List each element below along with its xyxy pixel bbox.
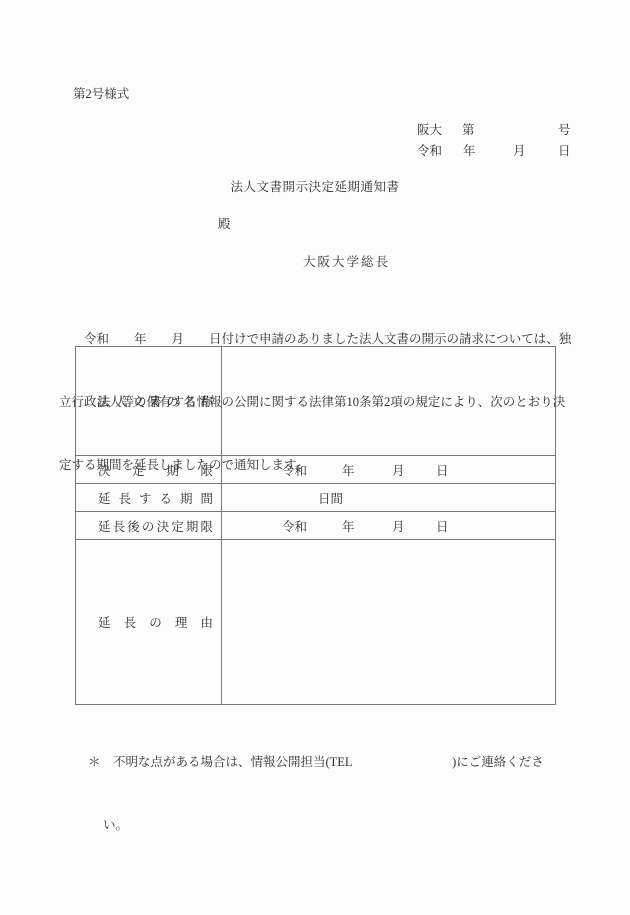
decision-deadline-label: 決定期限 [98,461,213,479]
decision-deadline-year: 年 [342,461,355,479]
issue-date-month: 月 [513,141,526,159]
extended-deadline-day: 日 [436,517,449,535]
decision-deadline-field: 令和 年 月 日 [222,456,555,484]
footnote-line-1: 不明な点がある場合は、情報公開担当(TEL )にご連絡くださ [113,752,544,773]
row-label-cell-decision-deadline: 決定期限 [76,456,222,484]
extended-deadline-label: 延長後の決定期限 [98,517,213,535]
form-number: 第2号様式 [73,84,129,102]
issue-date-year: 年 [463,141,476,159]
extension-period-field: 日間 [222,484,555,512]
extended-deadline-field: 令和 年 月 日 [222,512,555,540]
decision-deadline-month: 月 [392,461,405,479]
sender-name: 大阪大学総長 [303,252,390,270]
extension-reason-label: 延長の理由 [98,613,213,631]
decision-deadline-day: 日 [436,461,449,479]
extension-period-label: 延長する期間 [98,489,213,507]
footnote-line-2: い。 [103,815,544,836]
issue-date-era: 令和 [417,141,442,159]
row-label-cell-extended-deadline: 延長後の決定期限 [76,512,222,540]
row-label-cell-extension-period: 延長する期間 [76,484,222,512]
doc-number-dai: 第 [462,120,475,138]
row-label-cell-document-name: 法人文書の名称 [76,347,222,456]
doc-number-go: 号 [558,120,571,138]
issue-date-day: 日 [558,141,571,159]
extended-deadline-month: 月 [392,517,405,535]
extended-deadline-year: 年 [342,517,355,535]
row-label-cell-extension-reason: 延長の理由 [76,540,222,704]
document-name-label: 法人文書の名称 [98,392,213,410]
form-table: 法人文書の名称 決定期限 令和 年 月 日 延長する期間 日間 延長後の決定期限… [75,346,556,705]
footnote: ＊ 不明な点がある場合は、情報公開担当(TEL )にご連絡くださ い。 [88,710,544,878]
footnote-asterisk: ＊ [88,752,113,773]
document-name-field [222,347,555,456]
extension-reason-field [222,540,555,704]
extension-period-unit: 日間 [318,489,343,507]
document-page: 第2号様式 阪大 第 号 令和 年 月 日 法人文書開示決定延期通知書 殿 大阪… [0,0,630,915]
document-title: 法人文書開示決定延期通知書 [0,177,630,195]
addressee-suffix: 殿 [218,214,231,232]
decision-deadline-era: 令和 [282,461,307,479]
extended-deadline-era: 令和 [282,517,307,535]
doc-number-org: 阪大 [417,120,442,138]
